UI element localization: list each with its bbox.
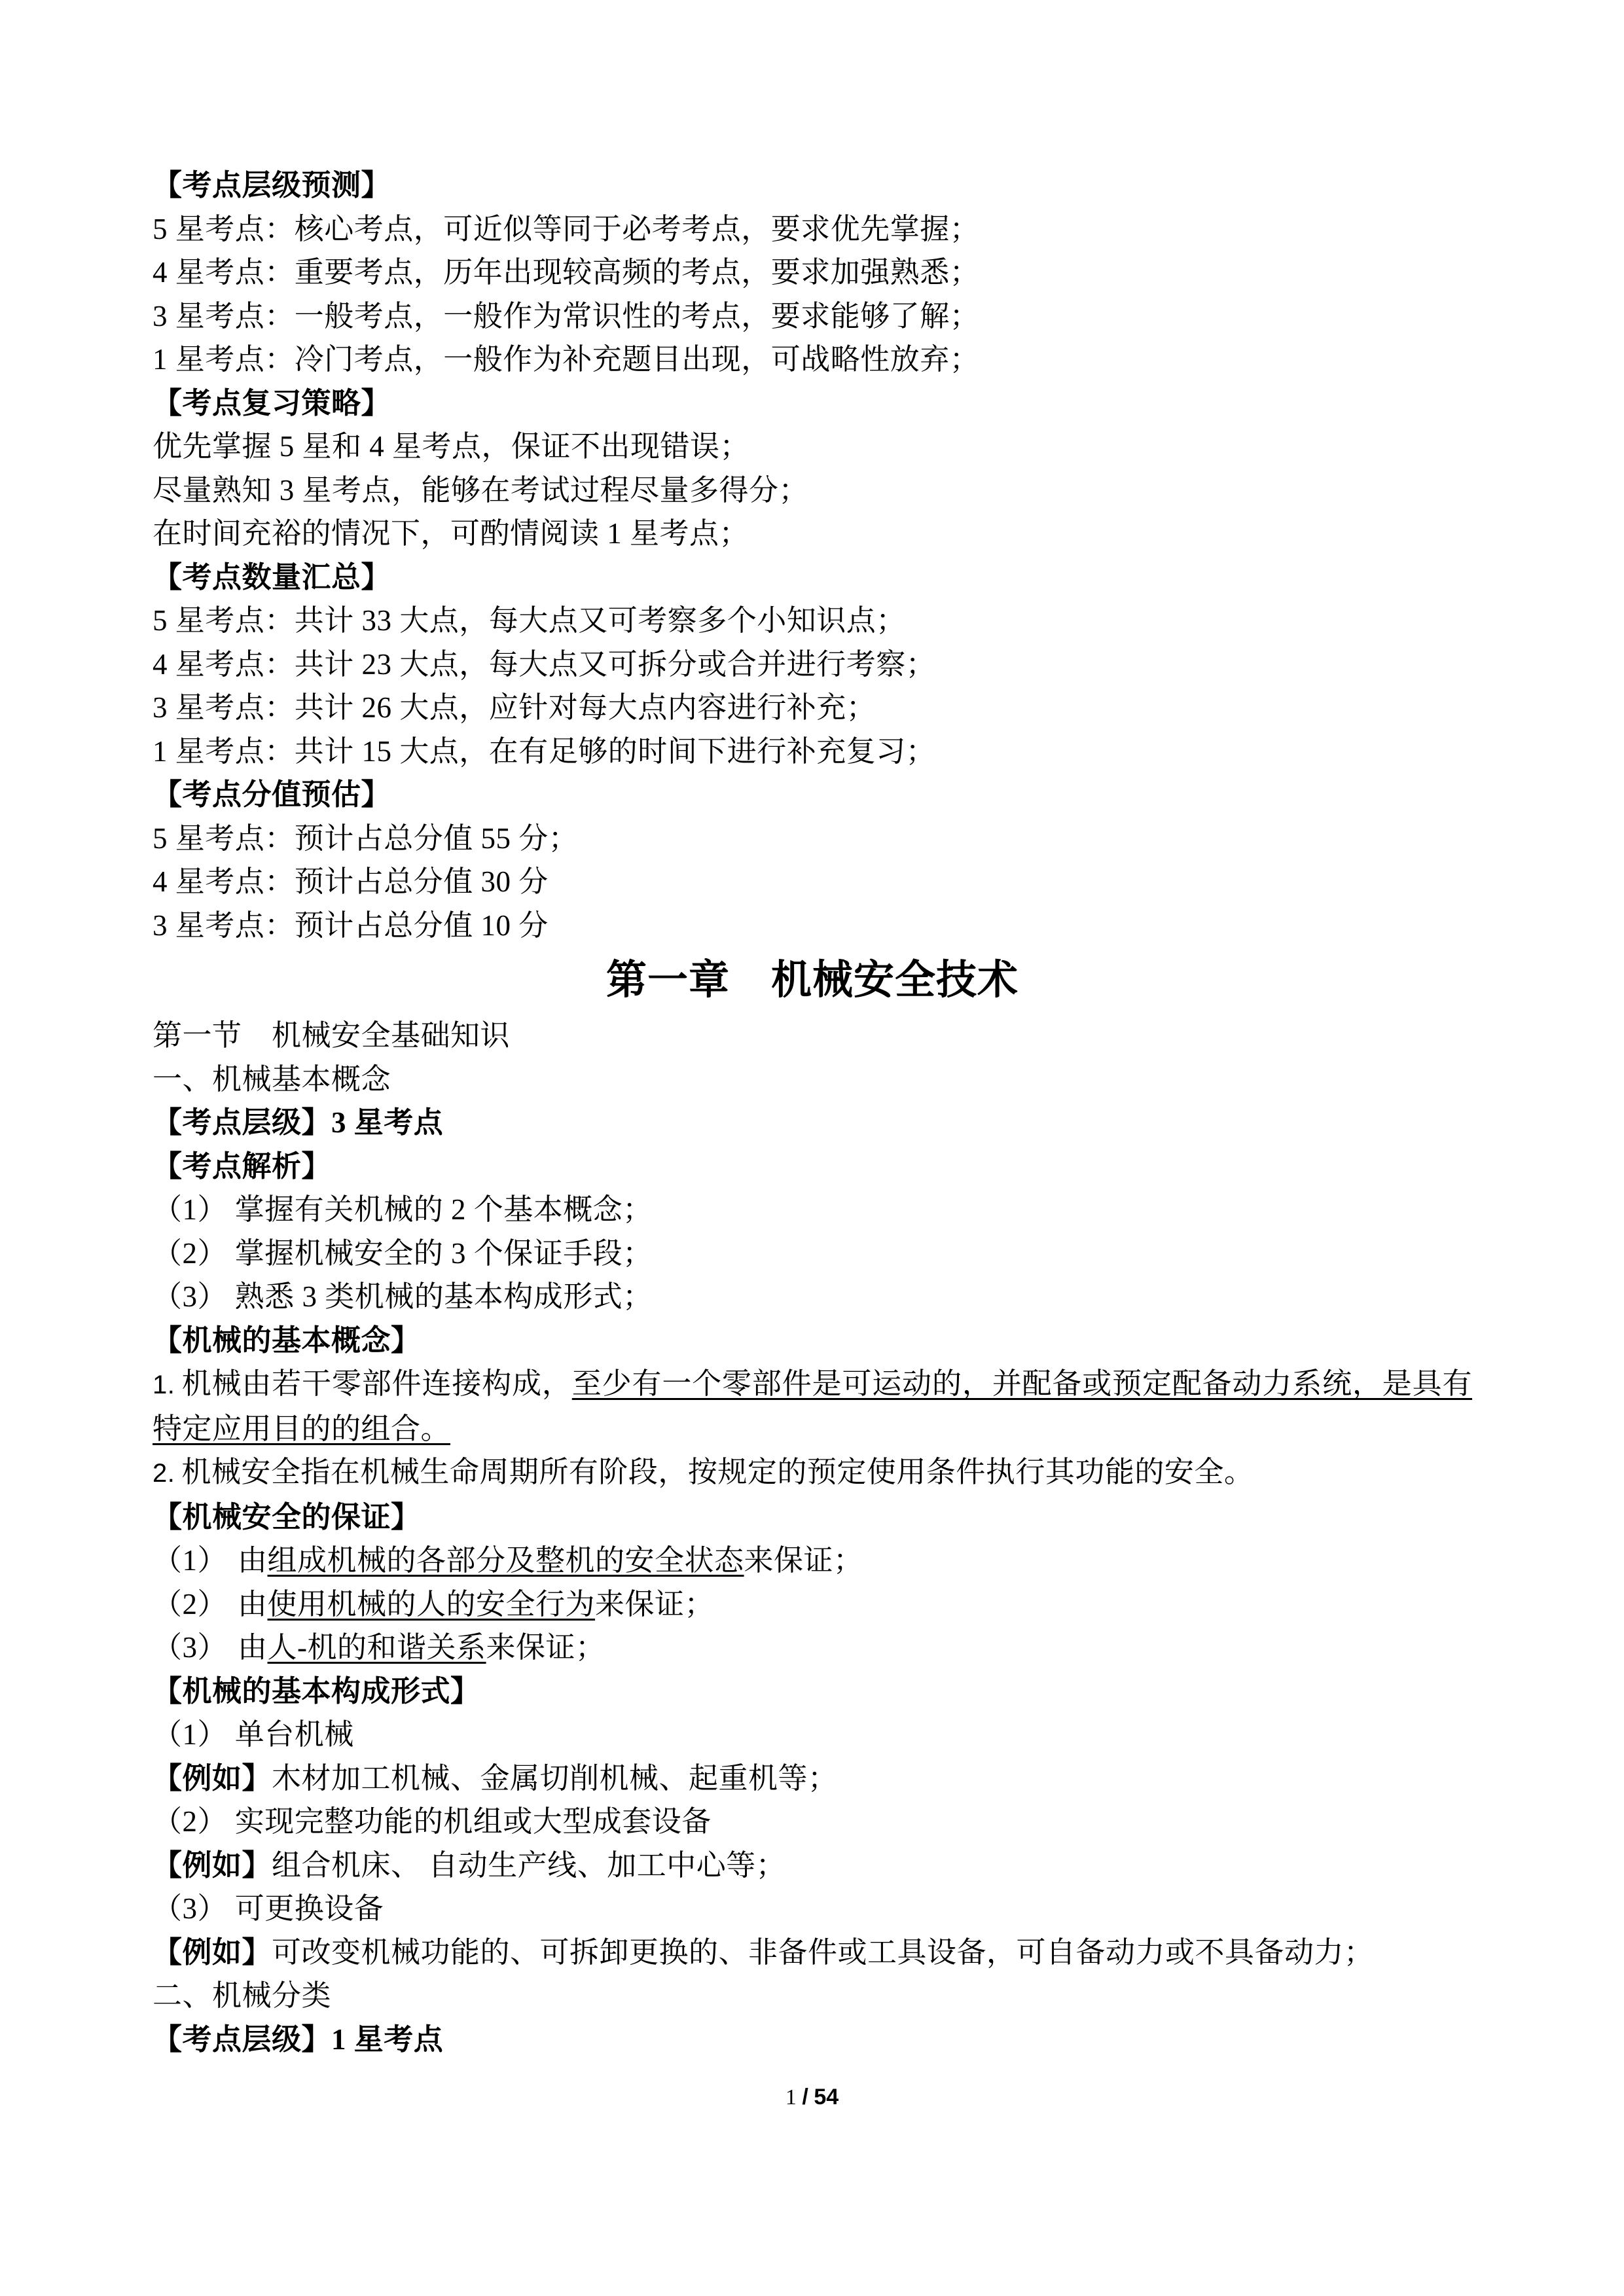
analysis-item-2: （2） 掌握机械安全的 3 个保证手段；	[153, 1232, 1472, 1276]
form-item-2-example: 【例如】组合机床、 自动生产线、加工中心等；	[153, 1844, 1472, 1888]
predict-item-3star: 3 星考点：一般考点，一般作为常识性的考点，要求能够了解；	[153, 295, 1472, 338]
guarantee-lead: 由	[238, 1631, 268, 1664]
guarantee-underlined-text: 人-机的和谐关系	[268, 1631, 486, 1664]
analysis-item-1: （1） 掌握有关机械的 2 个基本概念；	[153, 1188, 1472, 1232]
analysis-heading: 【考点解析】	[153, 1145, 1472, 1189]
predict-item-5star: 5 星考点：核心考点，可近似等同于必考考点，要求优先掌握；	[153, 207, 1472, 251]
list-prefix: （2）	[153, 1588, 227, 1621]
page-footer: 1 / 54	[0, 2083, 1624, 2112]
strategy-item: 在时间充裕的情况下，可酌情阅读 1 星考点；	[153, 512, 1472, 556]
level-label-2: 【考点层级】1 星考点	[153, 2018, 1472, 2062]
document-content: 【考点层级预测】 5 星考点：核心考点，可近似等同于必考考点，要求优先掌握； 4…	[153, 164, 1472, 2061]
example-tag: 【例如】	[153, 1762, 272, 1795]
concept-point-2: 2.机械安全指在机械生命周期所有阶段，按规定的预定使用条件执行其功能的安全。	[153, 1450, 1472, 1496]
form-item-3-example: 【例如】可改变机械功能的、可拆卸更换的、非备件或工具设备，可自备动力或不具备动力…	[153, 1931, 1472, 1975]
guarantee-underlined-text: 使用机械的人的安全行为	[268, 1588, 596, 1621]
predict-item-1star: 1 星考点：冷门考点，一般作为补充题目出现，可战略性放弃；	[153, 338, 1472, 382]
guarantee-lead: 由	[238, 1588, 268, 1621]
list-number: 1.	[153, 1371, 175, 1399]
guarantee-lead: 由	[238, 1544, 268, 1577]
topic-title-2: 二、机械分类	[153, 1974, 1472, 2018]
concept-text: 机械安全指在机械生命周期所有阶段，按规定的预定使用条件执行其功能的安全。	[181, 1456, 1254, 1488]
predict-heading: 【考点层级预测】	[153, 164, 1472, 207]
count-heading: 【考点数量汇总】	[153, 556, 1472, 600]
example-text: 组合机床、 自动生产线、加工中心等；	[272, 1849, 785, 1882]
list-prefix: （3）	[153, 1631, 227, 1664]
guarantee-item-1: （1）由组成机械的各部分及整机的安全状态来保证；	[153, 1539, 1472, 1583]
list-number: 2.	[153, 1459, 175, 1488]
guarantee-heading: 【机械安全的保证】	[153, 1496, 1472, 1539]
score-item-4star: 4 星考点：预计占总分值 30 分	[153, 860, 1472, 904]
score-heading: 【考点分值预估】	[153, 773, 1472, 817]
list-prefix: （1）	[153, 1544, 227, 1577]
chapter-title: 第一章 机械安全技术	[153, 947, 1472, 1014]
concept-heading: 【机械的基本概念】	[153, 1319, 1472, 1363]
page-number-total: 54	[814, 2085, 839, 2109]
predict-item-4star: 4 星考点：重要考点，历年出现较高频的考点，要求加强熟悉；	[153, 251, 1472, 295]
form-item-3-label: （3） 可更换设备	[153, 1887, 1472, 1931]
example-tag: 【例如】	[153, 1936, 272, 1969]
guarantee-underlined-text: 组成机械的各部分及整机的安全状态	[268, 1544, 744, 1577]
count-item-4star: 4 星考点：共计 23 大点，每大点又可拆分或合并进行考察；	[153, 643, 1472, 687]
page-number-current: 1	[785, 2085, 797, 2109]
guarantee-tail: 来保证；	[486, 1631, 605, 1664]
example-tag: 【例如】	[153, 1849, 272, 1882]
guarantee-tail: 来保证；	[744, 1544, 863, 1577]
strategy-item: 尽量熟知 3 星考点，能够在考试过程尽量多得分；	[153, 469, 1472, 512]
count-item-5star: 5 星考点：共计 33 大点，每大点又可考察多个小知识点；	[153, 599, 1472, 643]
example-text: 可改变机械功能的、可拆卸更换的、非备件或工具设备，可自备动力或不具备动力；	[272, 1936, 1374, 1969]
level-label-1: 【考点层级】3 星考点	[153, 1101, 1472, 1145]
form-item-1-example: 【例如】木材加工机械、金属切削机械、起重机等；	[153, 1757, 1472, 1801]
page-number-separator: /	[802, 2085, 808, 2109]
guarantee-item-2: （2）由使用机械的人的安全行为来保证；	[153, 1583, 1472, 1626]
count-item-1star: 1 星考点：共计 15 大点，在有足够的时间下进行补充复习；	[153, 730, 1472, 774]
document-page: 【考点层级预测】 5 星考点：核心考点，可近似等同于必考考点，要求优先掌握； 4…	[0, 0, 1624, 2296]
score-item-3star: 3 星考点：预计占总分值 10 分	[153, 904, 1472, 948]
topic-title-1: 一、机械基本概念	[153, 1058, 1472, 1102]
guarantee-item-3: （3）由人-机的和谐关系来保证；	[153, 1626, 1472, 1670]
analysis-item-3: （3） 熟悉 3 类机械的基本构成形式；	[153, 1275, 1472, 1319]
strategy-item: 优先掌握 5 星和 4 星考点，保证不出现错误；	[153, 425, 1472, 469]
concept-text: 机械由若干零部件连接构成，	[181, 1367, 571, 1400]
form-item-2-label: （2） 实现完整功能的机组或大型成套设备	[153, 1800, 1472, 1844]
form-heading: 【机械的基本构成形式】	[153, 1670, 1472, 1713]
section-title: 第一节 机械安全基础知识	[153, 1014, 1472, 1058]
example-text: 木材加工机械、金属切削机械、起重机等；	[272, 1762, 838, 1795]
form-item-1-label: （1） 单台机械	[153, 1713, 1472, 1757]
guarantee-tail: 来保证；	[595, 1588, 714, 1621]
concept-point-1: 1.机械由若干零部件连接构成，至少有一个零部件是可运动的，并配备或预定配备动力系…	[153, 1362, 1472, 1450]
count-item-3star: 3 星考点：共计 26 大点，应针对每大点内容进行补充；	[153, 686, 1472, 730]
strategy-heading: 【考点复习策略】	[153, 382, 1472, 425]
score-item-5star: 5 星考点：预计占总分值 55 分；	[153, 817, 1472, 861]
